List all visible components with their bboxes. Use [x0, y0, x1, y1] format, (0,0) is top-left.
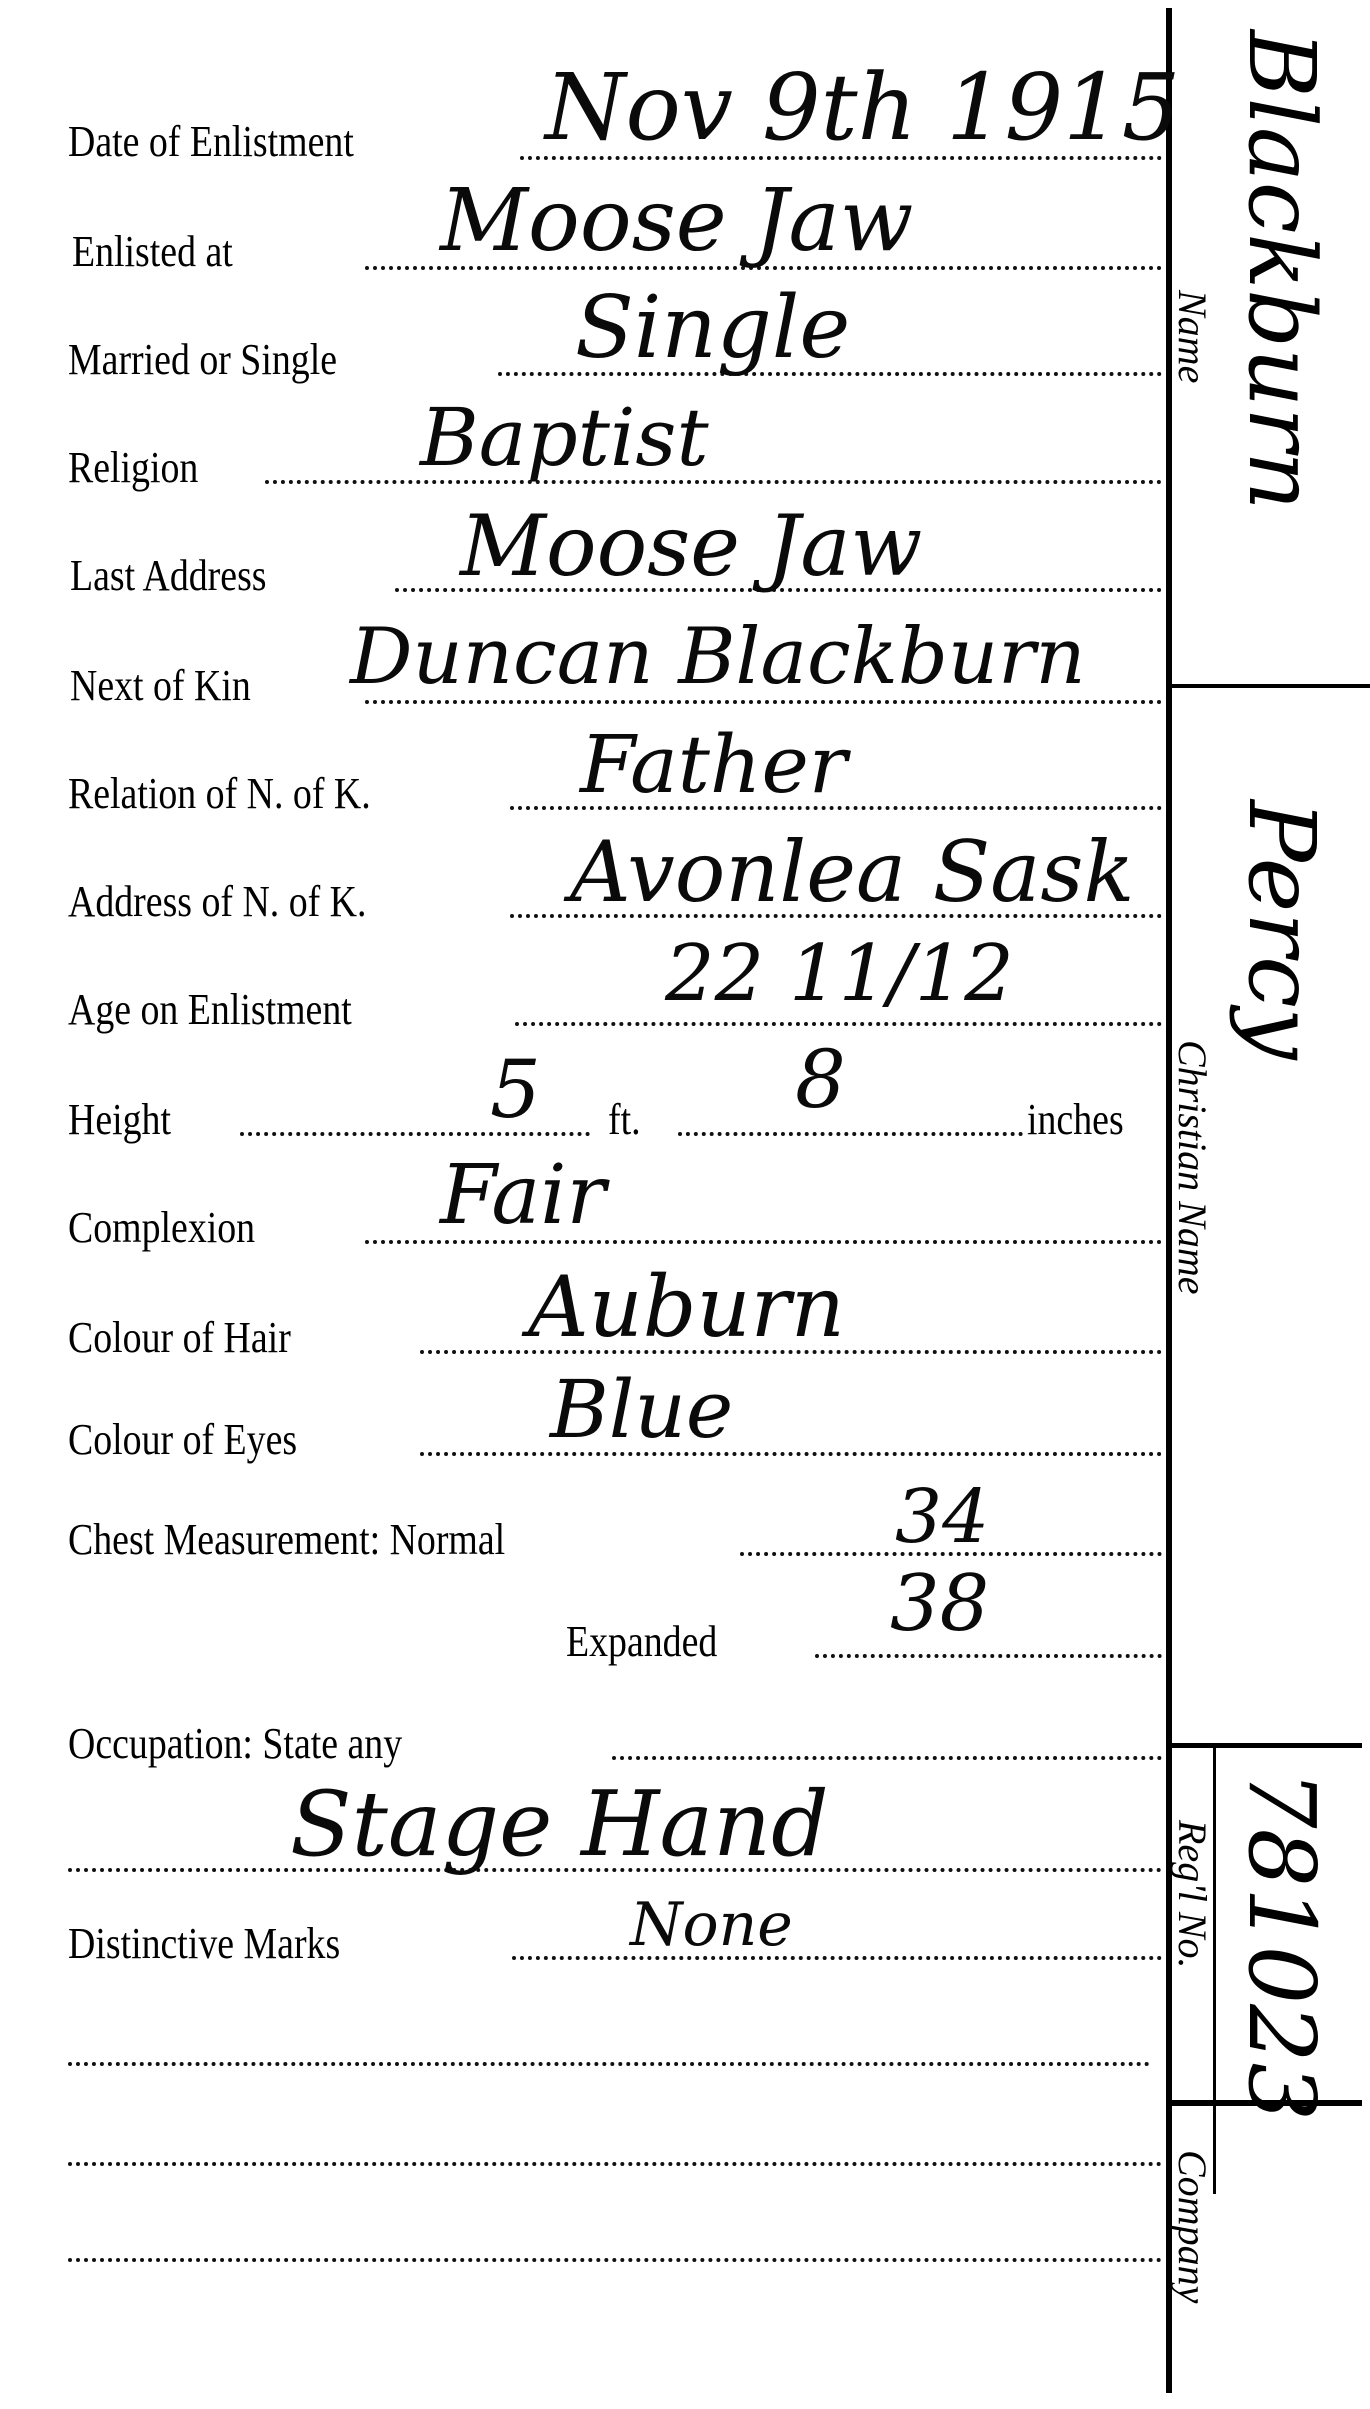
- line-distinctive-marks: [512, 1956, 1162, 1960]
- line-chest-expanded: [815, 1654, 1162, 1658]
- label-chest-expanded: Expanded: [566, 1620, 717, 1664]
- value-height-ft: 5: [490, 1050, 541, 1130]
- label-occupation: Occupation: State any: [68, 1722, 402, 1766]
- value-address-of-nok: Avonlea Sask: [570, 830, 1134, 914]
- label-religion: Religion: [68, 446, 198, 490]
- regl-top-separator: [1172, 1743, 1362, 1748]
- value-last-address: Moose Jaw: [460, 504, 922, 588]
- label-last-address: Last Address: [70, 554, 267, 598]
- blank-line-1: [68, 2062, 1150, 2066]
- value-age-on-enlistment: 22 11/12: [665, 935, 1014, 1013]
- value-colour-of-hair: Auburn: [528, 1265, 845, 1349]
- christian-name-value: Percy: [1228, 800, 1335, 1060]
- value-colour-of-eyes: Blue: [550, 1370, 733, 1450]
- value-next-of-kin: Duncan Blackburn: [350, 618, 1086, 696]
- regl-no-label: Reg'l No.: [1169, 1820, 1216, 1969]
- label-relation-of-nok: Relation of N. of K.: [68, 772, 371, 816]
- line-religion: [265, 480, 1162, 484]
- name-label: Name: [1169, 290, 1216, 383]
- label-complexion: Complexion: [68, 1206, 255, 1250]
- company-label: Company: [1169, 2150, 1216, 2303]
- label-chest-normal: Chest Measurement: Normal: [68, 1518, 505, 1562]
- value-chest-normal: 34: [895, 1480, 989, 1554]
- line-colour-of-eyes: [420, 1452, 1162, 1456]
- value-complexion: Fair: [440, 1155, 606, 1237]
- label-address-of-nok: Address of N. of K.: [68, 880, 366, 924]
- label-date-of-enlistment: Date of Enlistment: [68, 120, 354, 164]
- label-height-in-unit: inches: [1027, 1098, 1124, 1142]
- blank-line-3: [68, 2258, 1162, 2262]
- label-height-ft-unit: ft.: [608, 1098, 641, 1142]
- value-enlisted-at: Moose Jaw: [440, 178, 913, 264]
- name-value: Blackburn: [1228, 30, 1335, 511]
- label-colour-of-hair: Colour of Hair: [68, 1316, 291, 1360]
- christian-name-label: Christian Name: [1169, 1040, 1216, 1294]
- name-separator: [1172, 684, 1370, 688]
- label-colour-of-eyes: Colour of Eyes: [68, 1418, 297, 1462]
- line-age-on-enlistment: [515, 1022, 1162, 1026]
- blank-line-2: [68, 2162, 1162, 2166]
- value-height-in: 8: [795, 1040, 846, 1120]
- line-occupation: [612, 1756, 1162, 1760]
- label-enlisted-at: Enlisted at: [72, 230, 233, 274]
- value-date-of-enlistment: Nov 9th 1915: [545, 62, 1180, 154]
- value-chest-expanded: 38: [890, 1565, 989, 1643]
- value-distinctive-marks: None: [630, 1895, 793, 1955]
- label-height: Height: [68, 1098, 171, 1142]
- line-height-in: [678, 1132, 1023, 1136]
- value-relation-of-nok: Father: [580, 725, 847, 805]
- label-distinctive-marks: Distinctive Marks: [68, 1922, 340, 1966]
- label-next-of-kin: Next of Kin: [70, 664, 251, 708]
- value-occupation: Stage Hand: [290, 1780, 829, 1870]
- value-married-or-single: Single: [575, 285, 850, 371]
- value-religion: Baptist: [420, 398, 709, 478]
- regl-no-value: 781023: [1228, 1770, 1335, 2121]
- label-age-on-enlistment: Age on Enlistment: [68, 988, 352, 1032]
- label-married-or-single: Married or Single: [68, 338, 337, 382]
